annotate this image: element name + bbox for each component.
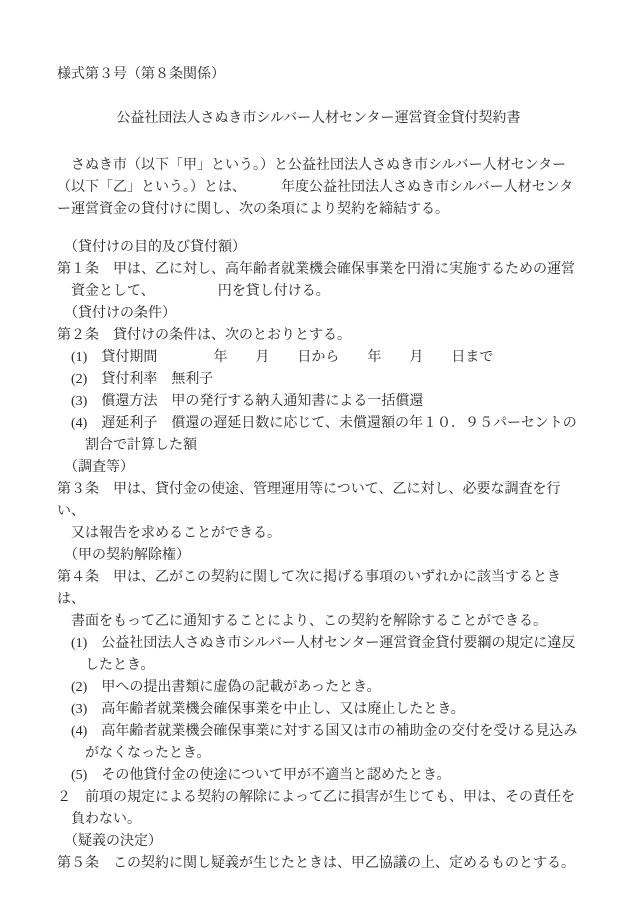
article-4-line-3: (1) 公益社団法人さぬき市シルバー人材センター運営資金貸付要綱の規定に違反 bbox=[57, 633, 580, 655]
article-4-caption: （甲の契約解除権） bbox=[57, 545, 580, 567]
preamble: さぬき市（以下「甲」という。）と公益社団法人さぬき市シルバー人材センター （以下… bbox=[57, 155, 580, 221]
preamble-line-2: （以下「乙」という。）とは、 年度公益社団法人さぬき市シルバー人材センタ bbox=[57, 177, 580, 199]
article-2: （貸付けの条件） 第２条 貸付けの条件は、次のとおりとする。 (1) 貸付期間 … bbox=[57, 303, 580, 457]
article-4-line-1: 第４条 甲は、乙がこの契約に関して次に掲げる事項のいずれかに該当するときは、 bbox=[57, 567, 580, 611]
document-title: 公益社団法人さぬき市シルバー人材センター運営資金貸付契約書 bbox=[57, 108, 580, 130]
article-4-line-9: (5) その他貸付金の使途について甲が不適当と認めたとき。 bbox=[57, 765, 580, 787]
article-2-caption: （貸付けの条件） bbox=[57, 303, 580, 325]
article-4-line-11: 負わない。 bbox=[57, 809, 580, 831]
article-1-caption: （貸付けの目的及び貸付額） bbox=[57, 237, 580, 259]
article-5: （疑義の決定） 第５条 この契約に関し疑義が生じたときは、甲乙協議の上、定めるも… bbox=[57, 831, 580, 875]
article-3-line-2: 又は報告を求めることができる。 bbox=[57, 523, 580, 545]
article-5-line-1: 第５条 この契約に関し疑義が生じたときは、甲乙協議の上、定めるものとする。 bbox=[57, 853, 580, 875]
article-3: （調査等） 第３条 甲は、貸付金の使途、管理運用等について、乙に対し、必要な調査… bbox=[57, 457, 580, 545]
article-3-line-1: 第３条 甲は、貸付金の使途、管理運用等について、乙に対し、必要な調査を行い、 bbox=[57, 479, 580, 523]
article-4-line-2: 書面をもって乙に通知することにより、この契約を解除することができる。 bbox=[57, 611, 580, 633]
article-3-caption: （調査等） bbox=[57, 457, 580, 479]
article-4-line-6: (3) 高年齢者就業機会確保事業を中止し、又は廃止したとき。 bbox=[57, 699, 580, 721]
article-4-line-7: (4) 高年齢者就業機会確保事業に対する国又は市の補助金の交付を受ける見込み bbox=[57, 721, 580, 743]
preamble-line-1: さぬき市（以下「甲」という。）と公益社団法人さぬき市シルバー人材センター bbox=[57, 155, 580, 177]
article-5-caption: （疑義の決定） bbox=[57, 831, 580, 853]
article-2-line-5: (4) 遅延利子 償還の遅延日数に応じて、未償還額の年１０．９５パーセントの bbox=[57, 413, 580, 435]
article-4: （甲の契約解除権） 第４条 甲は、乙がこの契約に関して次に掲げる事項のいずれかに… bbox=[57, 545, 580, 831]
article-2-line-2: (1) 貸付期間 年 月 日から 年 月 日まで bbox=[57, 347, 580, 369]
form-number: 様式第３号（第８条関係） bbox=[57, 64, 580, 86]
spacer bbox=[57, 86, 580, 108]
article-1: （貸付けの目的及び貸付額） 第１条 甲は、乙に対し、高年齢者就業機会確保事業を円… bbox=[57, 237, 580, 303]
article-2-line-3: (2) 貸付利率 無利子 bbox=[57, 369, 580, 391]
article-1-line-2: 資金として、 円を貸し付ける。 bbox=[57, 281, 580, 303]
article-4-line-4: したとき。 bbox=[57, 655, 580, 677]
preamble-line-3: ー運営資金の貸付けに関し、次の条項により契約を締結する。 bbox=[57, 199, 580, 221]
article-2-line-6: 割合で計算した額 bbox=[57, 435, 580, 457]
document-page: 様式第３号（第８条関係） 公益社団法人さぬき市シルバー人材センター運営資金貸付契… bbox=[0, 0, 630, 915]
article-2-line-1: 第２条 貸付けの条件は、次のとおりとする。 bbox=[57, 325, 580, 347]
article-4-line-5: (2) 甲への提出書類に虚偽の記載があったとき。 bbox=[57, 677, 580, 699]
article-4-line-8: がなくなったとき。 bbox=[57, 743, 580, 765]
article-2-line-4: (3) 償還方法 甲の発行する納入通知書による一括償還 bbox=[57, 391, 580, 413]
article-1-line-1: 第１条 甲は、乙に対し、高年齢者就業機会確保事業を円滑に実施するための運営 bbox=[57, 259, 580, 281]
article-4-line-10: ２ 前項の規定による契約の解除によって乙に損害が生じても、甲は、その責任を bbox=[57, 787, 580, 809]
